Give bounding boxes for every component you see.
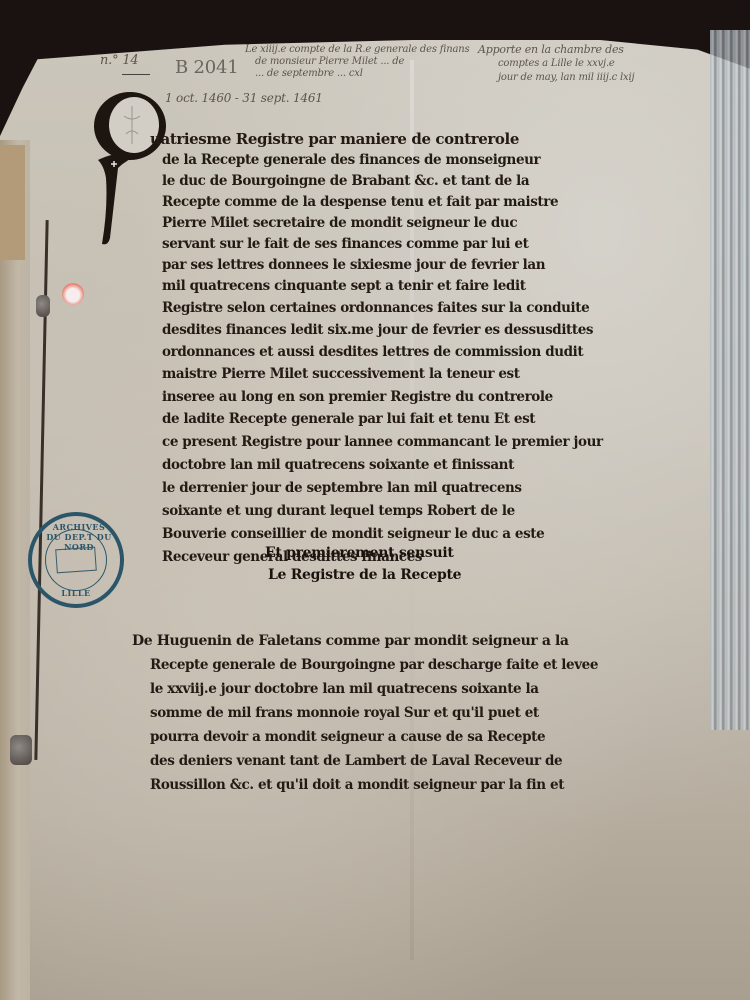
shelfmark: B 2041 [175,62,239,74]
archive-stamp: ARCHIVES DU DEP.T DU NORD LILLE [28,512,124,608]
wax-seal-fragment [62,283,84,305]
text-line: Bouverie conseillier de mondit seigneur … [162,526,544,542]
heading-line: Et premierement sensuit [265,545,454,561]
thread-knot-bottom [10,735,32,765]
binding-strip [0,145,25,260]
text-line: inseree au long en son premier Registre … [162,389,553,405]
text-line: desdites finances ledit six.me jour de f… [162,322,593,338]
text-line: uatriesme Registre par maniere de contre… [150,130,519,148]
folio-number: n.° 14 [100,55,138,67]
text-line: ce present Registre pour lannee commanca… [162,434,603,450]
text-line: Registre selon certaines ordonnances fai… [162,300,589,316]
text-line: mil quatrecens cinquante sept a tenir et… [162,278,526,294]
text-line: par ses lettres donnees le sixiesme jour… [162,257,545,273]
left-fold [0,140,30,1000]
text-line: de ladite Recepte generale par lui fait … [162,411,535,427]
text-line: Roussillon &c. et qu'il doit a mondit se… [150,777,564,793]
text-line: Pierre Milet secretaire de mondit seigne… [162,215,517,231]
text-line: De Huguenin de Faletans comme par mondit… [132,633,569,649]
text-line: de la Recepte generale des finances de m… [162,152,540,168]
text-line: Recepte generale de Bourgoingne par desc… [150,657,598,673]
date-range: 1 oct. 1460 - 31 sept. 1461 [165,92,323,104]
text-line: maistre Pierre Milet successivement la t… [162,366,520,382]
folio-underline [122,74,150,75]
text-line: le duc de Bourgoingne de Brabant &c. et … [162,173,529,189]
text-line: Recepte comme de la despense tenu et fai… [162,194,558,210]
text-line: doctobre lan mil quatrecens soixante et … [162,457,514,473]
text-line: le derrenier jour de septembre lan mil q… [162,480,522,496]
text-line: des deniers venant tant de Lambert de La… [150,753,562,769]
stacked-page-edges [710,30,750,730]
text-line: le xxviij.e jour doctobre lan mil quatre… [150,681,539,697]
text-line: pourra devoir a mondit seigneur a cause … [150,729,545,745]
text-line: ordonnances et aussi desdites lettres de… [162,344,583,360]
heading-line: Le Registre de la Recepte [268,567,461,583]
text-line: soixante et ung durant lequel temps Robe… [162,503,515,519]
text-line: somme de mil frans monnoie royal Sur et … [150,705,539,721]
thread-knot-top [36,295,50,317]
stamp-document-icon [55,547,97,574]
decorated-initial-q-icon [88,88,168,248]
text-line: servant sur le fait de ses finances comm… [162,236,528,252]
stamp-bottom-text: LILLE [32,588,120,598]
